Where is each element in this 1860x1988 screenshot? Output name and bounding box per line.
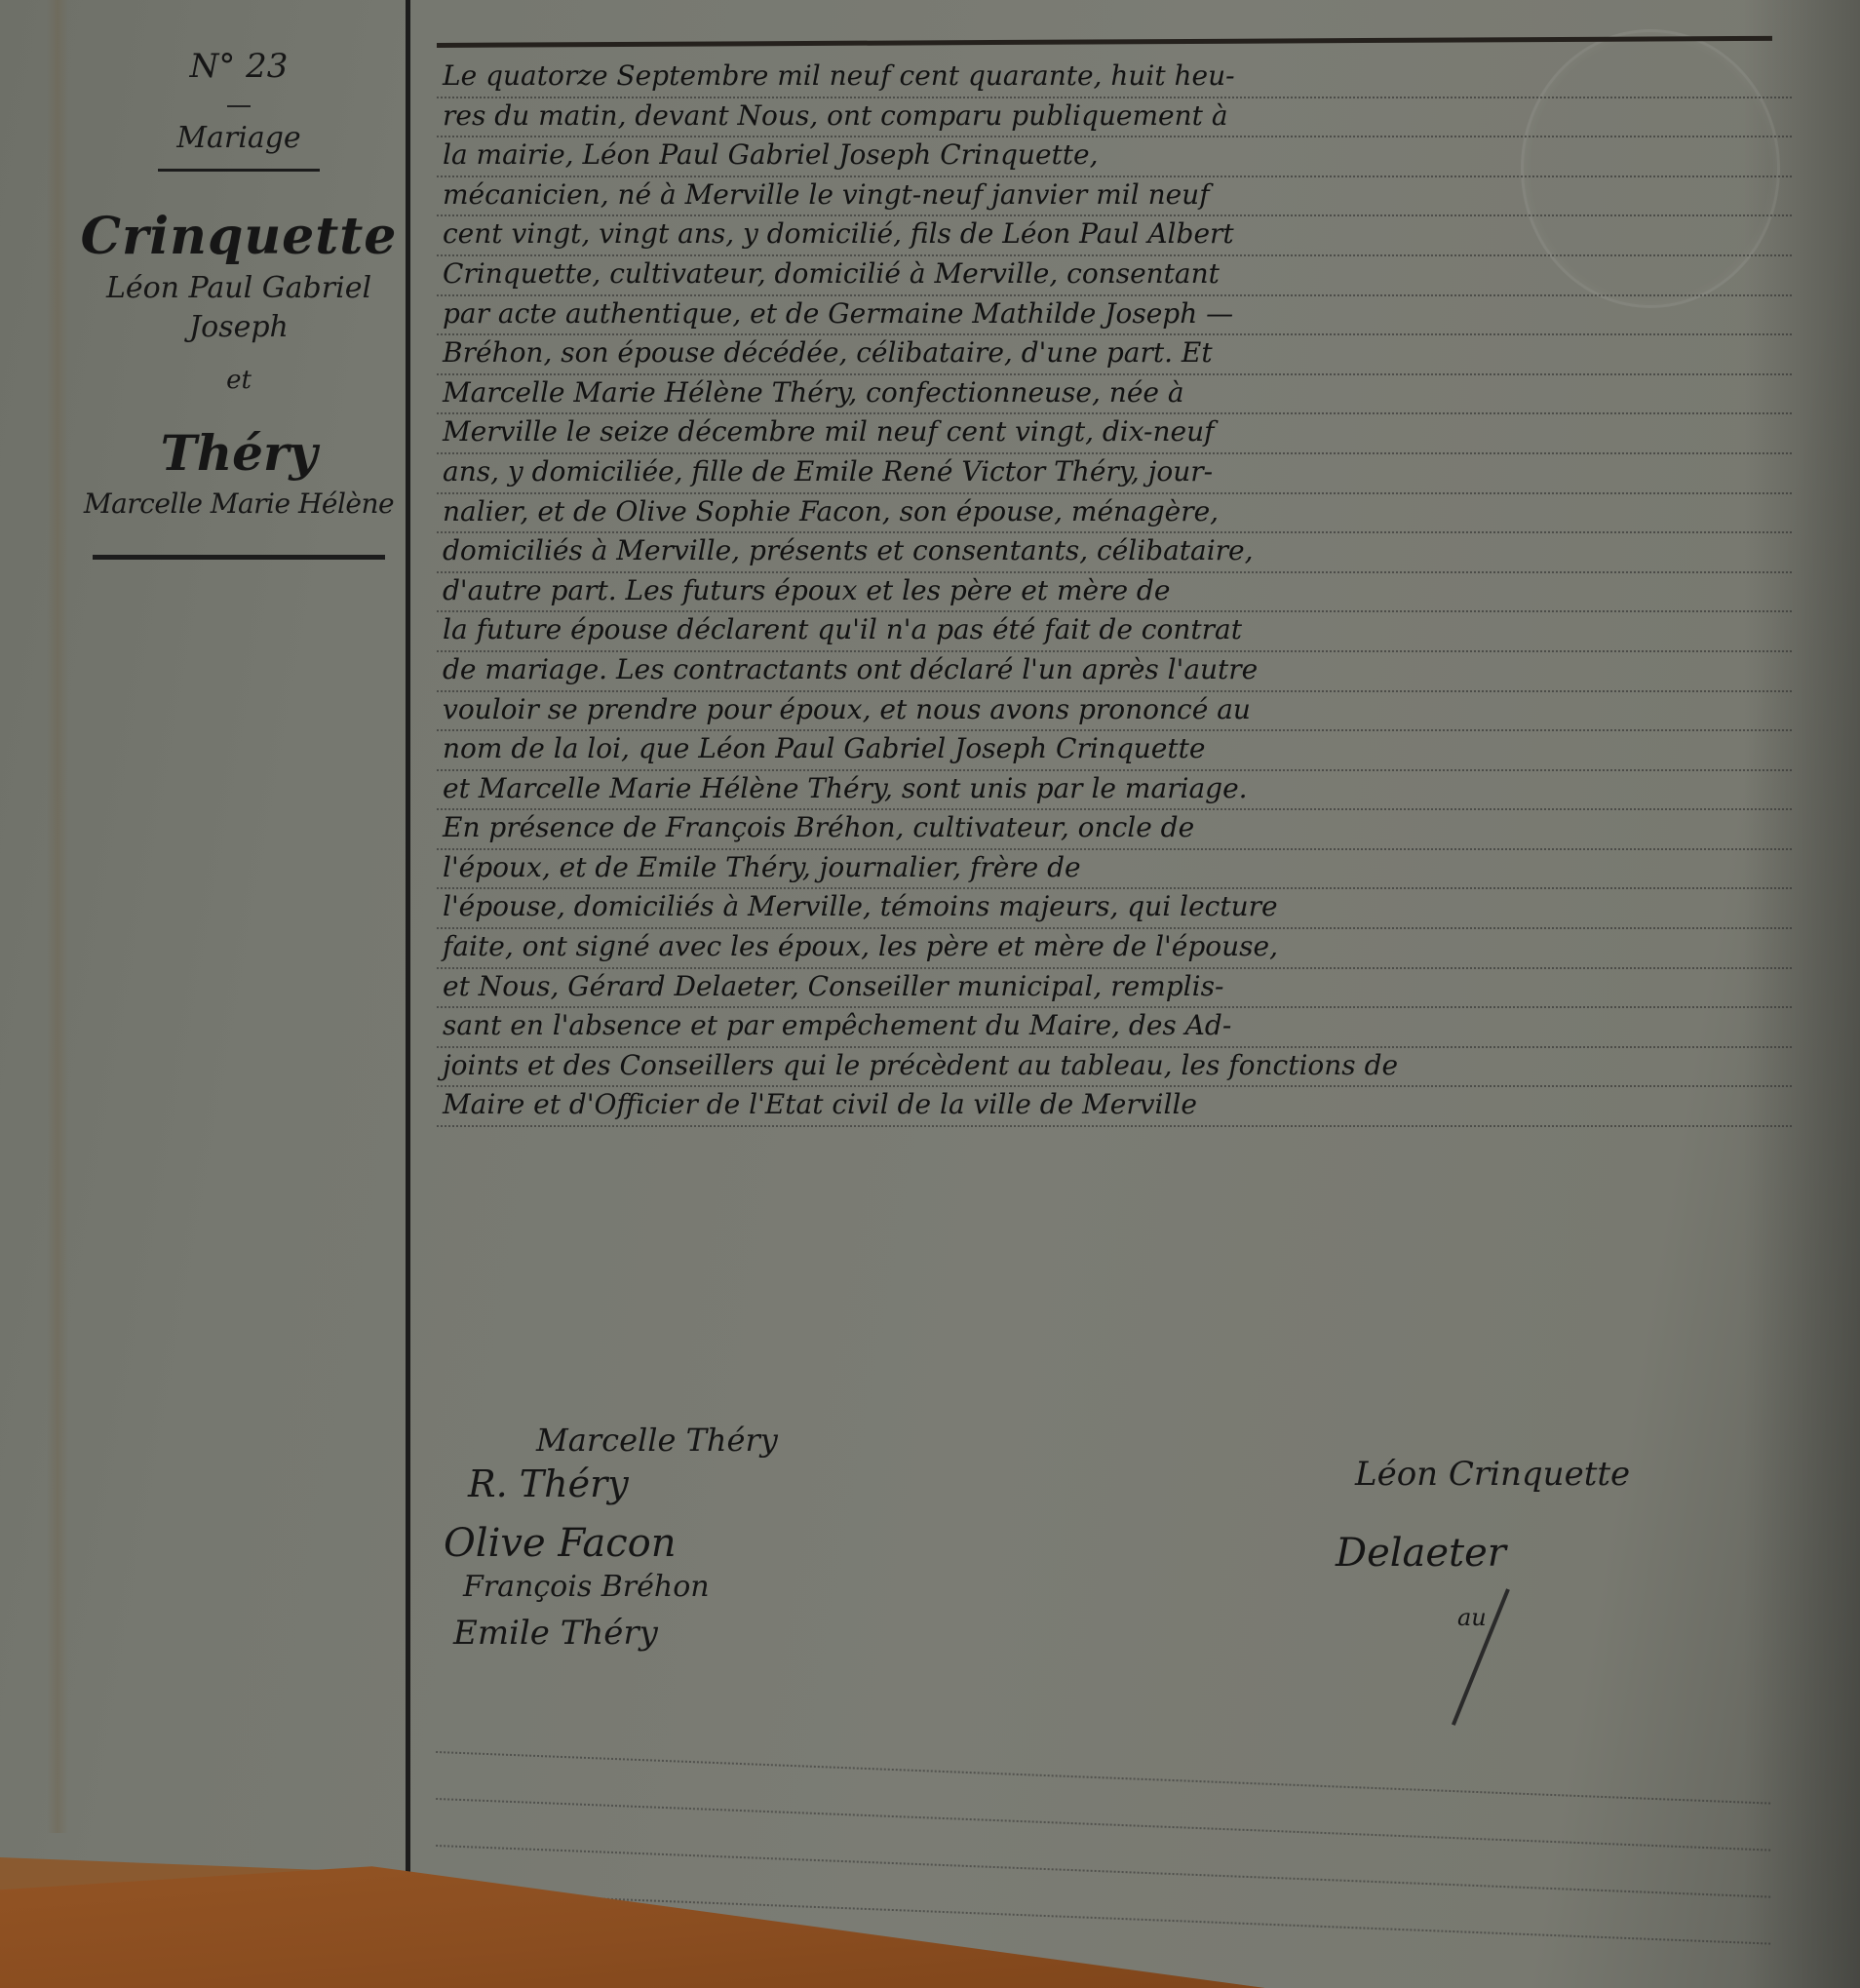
margin-divider	[158, 169, 320, 172]
groom-surname: Crinquette	[68, 207, 409, 266]
body-line: Marcelle Marie Hélène Théry, confectionn…	[437, 375, 1792, 415]
body-line: cent vingt, vingt ans, y domicilié, fils…	[437, 216, 1792, 256]
body-line: Merville le seize décembre mil neuf cent…	[437, 414, 1792, 454]
signature-groom: Léon Crinquette	[1355, 1455, 1630, 1494]
register-page: N° 23 Mariage Crinquette Léon Paul Gabri…	[0, 0, 1860, 1988]
body-line: la mairie, Léon Paul Gabriel Joseph Crin…	[437, 137, 1792, 177]
bride-surname: Théry	[68, 424, 409, 482]
body-line: mécanicien, né à Merville le vingt-neuf …	[437, 177, 1792, 217]
body-line: et Marcelle Marie Hélène Théry, sont uni…	[437, 771, 1792, 811]
margin-column: N° 23 Mariage Crinquette Léon Paul Gabri…	[68, 39, 409, 560]
margin-dash-divider	[227, 105, 251, 107]
body-line: de mariage. Les contractants ont déclaré…	[437, 652, 1792, 692]
body-line: sant en l'absence et par empêchement du …	[437, 1008, 1792, 1048]
body-line: l'époux, et de Emile Théry, journalier, …	[437, 850, 1792, 890]
body-line: ans, y domiciliée, fille de Emile René V…	[437, 454, 1792, 494]
signature-witness-2: Emile Théry	[453, 1614, 658, 1653]
body-line: Le quatorze Septembre mil neuf cent quar…	[437, 58, 1792, 98]
body-line: domiciliés à Merville, présents et conse…	[437, 533, 1792, 573]
body-line: nalier, et de Olive Sophie Facon, son ép…	[437, 494, 1792, 534]
body-line: par acte authentique, et de Germaine Mat…	[437, 296, 1792, 336]
vertical-margin-rule	[406, 0, 410, 1882]
groom-given-names-line-1: Léon Paul Gabriel	[68, 272, 409, 305]
body-line: faite, ont signé avec les époux, les pèr…	[437, 929, 1792, 969]
body-line: et Nous, Gérard Delaeter, Conseiller mun…	[437, 969, 1792, 1009]
body-line: vouloir se prendre pour époux, et nous a…	[437, 692, 1792, 732]
body-line: res du matin, devant Nous, ont comparu p…	[437, 98, 1792, 138]
page-gutter-fold	[47, 0, 68, 1833]
body-line: joints et des Conseillers qui le précède…	[437, 1048, 1792, 1088]
body-line: Crinquette, cultivateur, domicilié à Mer…	[437, 256, 1792, 296]
signature-bride: Marcelle Théry	[536, 1422, 778, 1459]
top-rule	[437, 36, 1772, 48]
signature-officer: Delaeter	[1336, 1531, 1506, 1576]
margin-conjunction: et	[68, 366, 409, 395]
body-line: Bréhon, son épouse décédée, célibataire,…	[437, 335, 1792, 375]
signature-father-of-bride: R. Théry	[468, 1462, 629, 1505]
margin-end-rule	[93, 555, 385, 560]
signature-mother-of-bride: Olive Facon	[444, 1521, 677, 1566]
groom-given-names-line-2: Joseph	[68, 311, 409, 344]
act-type: Mariage	[68, 121, 409, 155]
blank-ruled-lines	[437, 1706, 1772, 1893]
body-line: nom de la loi, que Léon Paul Gabriel Jos…	[437, 731, 1792, 771]
signature-witness-1: François Bréhon	[463, 1570, 710, 1604]
bride-given-names: Marcelle Marie Hélène	[68, 487, 409, 520]
body-line: d'autre part. Les futurs époux et les pè…	[437, 573, 1792, 613]
signature-officer-note: au	[1457, 1604, 1487, 1631]
body-line: En présence de François Bréhon, cultivat…	[437, 810, 1792, 850]
act-number: N° 23	[68, 47, 409, 86]
body-line: l'épouse, domiciliés à Merville, témoins…	[437, 889, 1792, 929]
body-line: Maire et d'Officier de l'Etat civil de l…	[437, 1087, 1792, 1127]
act-body: Le quatorze Septembre mil neuf cent quar…	[437, 58, 1792, 1127]
body-line: la future épouse déclarent qu'il n'a pas…	[437, 612, 1792, 652]
